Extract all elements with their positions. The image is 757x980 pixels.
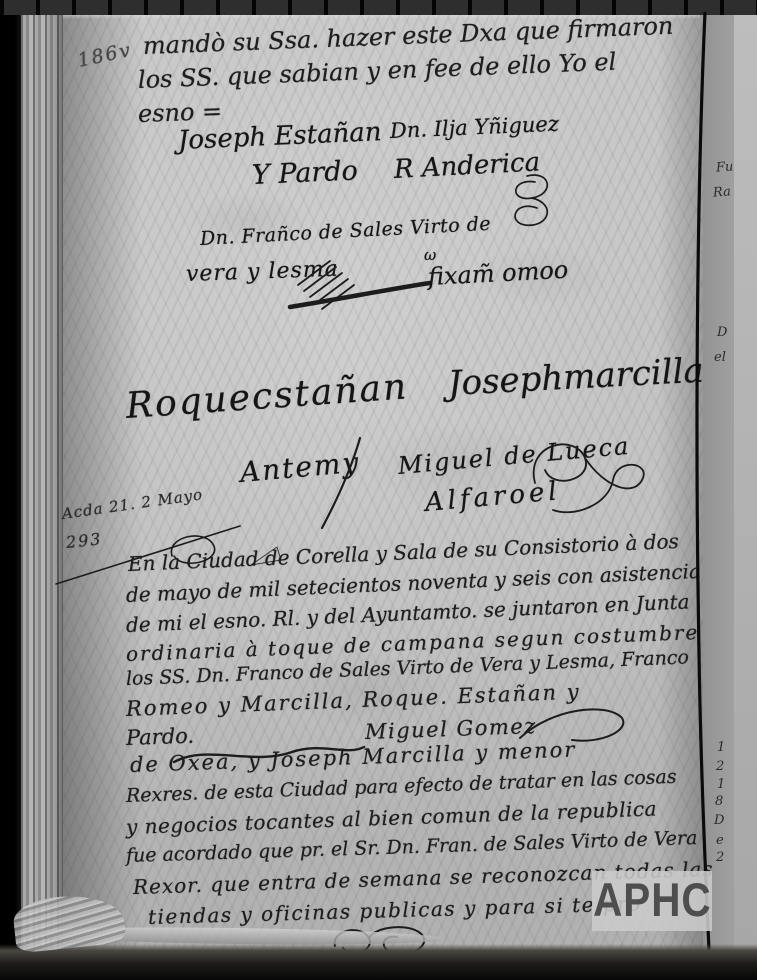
manuscript-photo: 186v mandò su Ssa. hazer este Dxa que fi…	[0, 0, 757, 980]
page-edge-line	[692, 12, 718, 954]
aphc-watermark: APHC	[592, 871, 712, 931]
watermark-text: APHC	[593, 874, 711, 928]
book-gutter-shadow	[0, 0, 21, 980]
ink-flourish-antemi-slash	[318, 436, 363, 532]
signature-y-pardo: Y Pardo	[251, 155, 358, 191]
rubric-omega: ω	[424, 246, 436, 264]
next-page-fragment: 1	[717, 777, 725, 792]
background-top-band	[0, 0, 757, 15]
ink-flourish-pardo-swash	[172, 740, 367, 768]
ink-flourish-vera-zigzag	[280, 255, 435, 315]
page-stack-edge	[21, 0, 63, 980]
next-page-fragment: Fu	[715, 159, 733, 175]
next-page-fragment: D	[717, 325, 727, 340]
ink-flourish-lueca-loops	[505, 428, 650, 536]
ink-flourish-anderica-rubric	[497, 170, 557, 232]
background-bottom-band	[0, 944, 757, 980]
far-right-page-edge	[734, 13, 757, 954]
closing-line-3: esno =	[138, 97, 223, 128]
next-page-fragment: 1	[717, 740, 725, 755]
ink-flourish-gomez-loop	[512, 700, 630, 750]
